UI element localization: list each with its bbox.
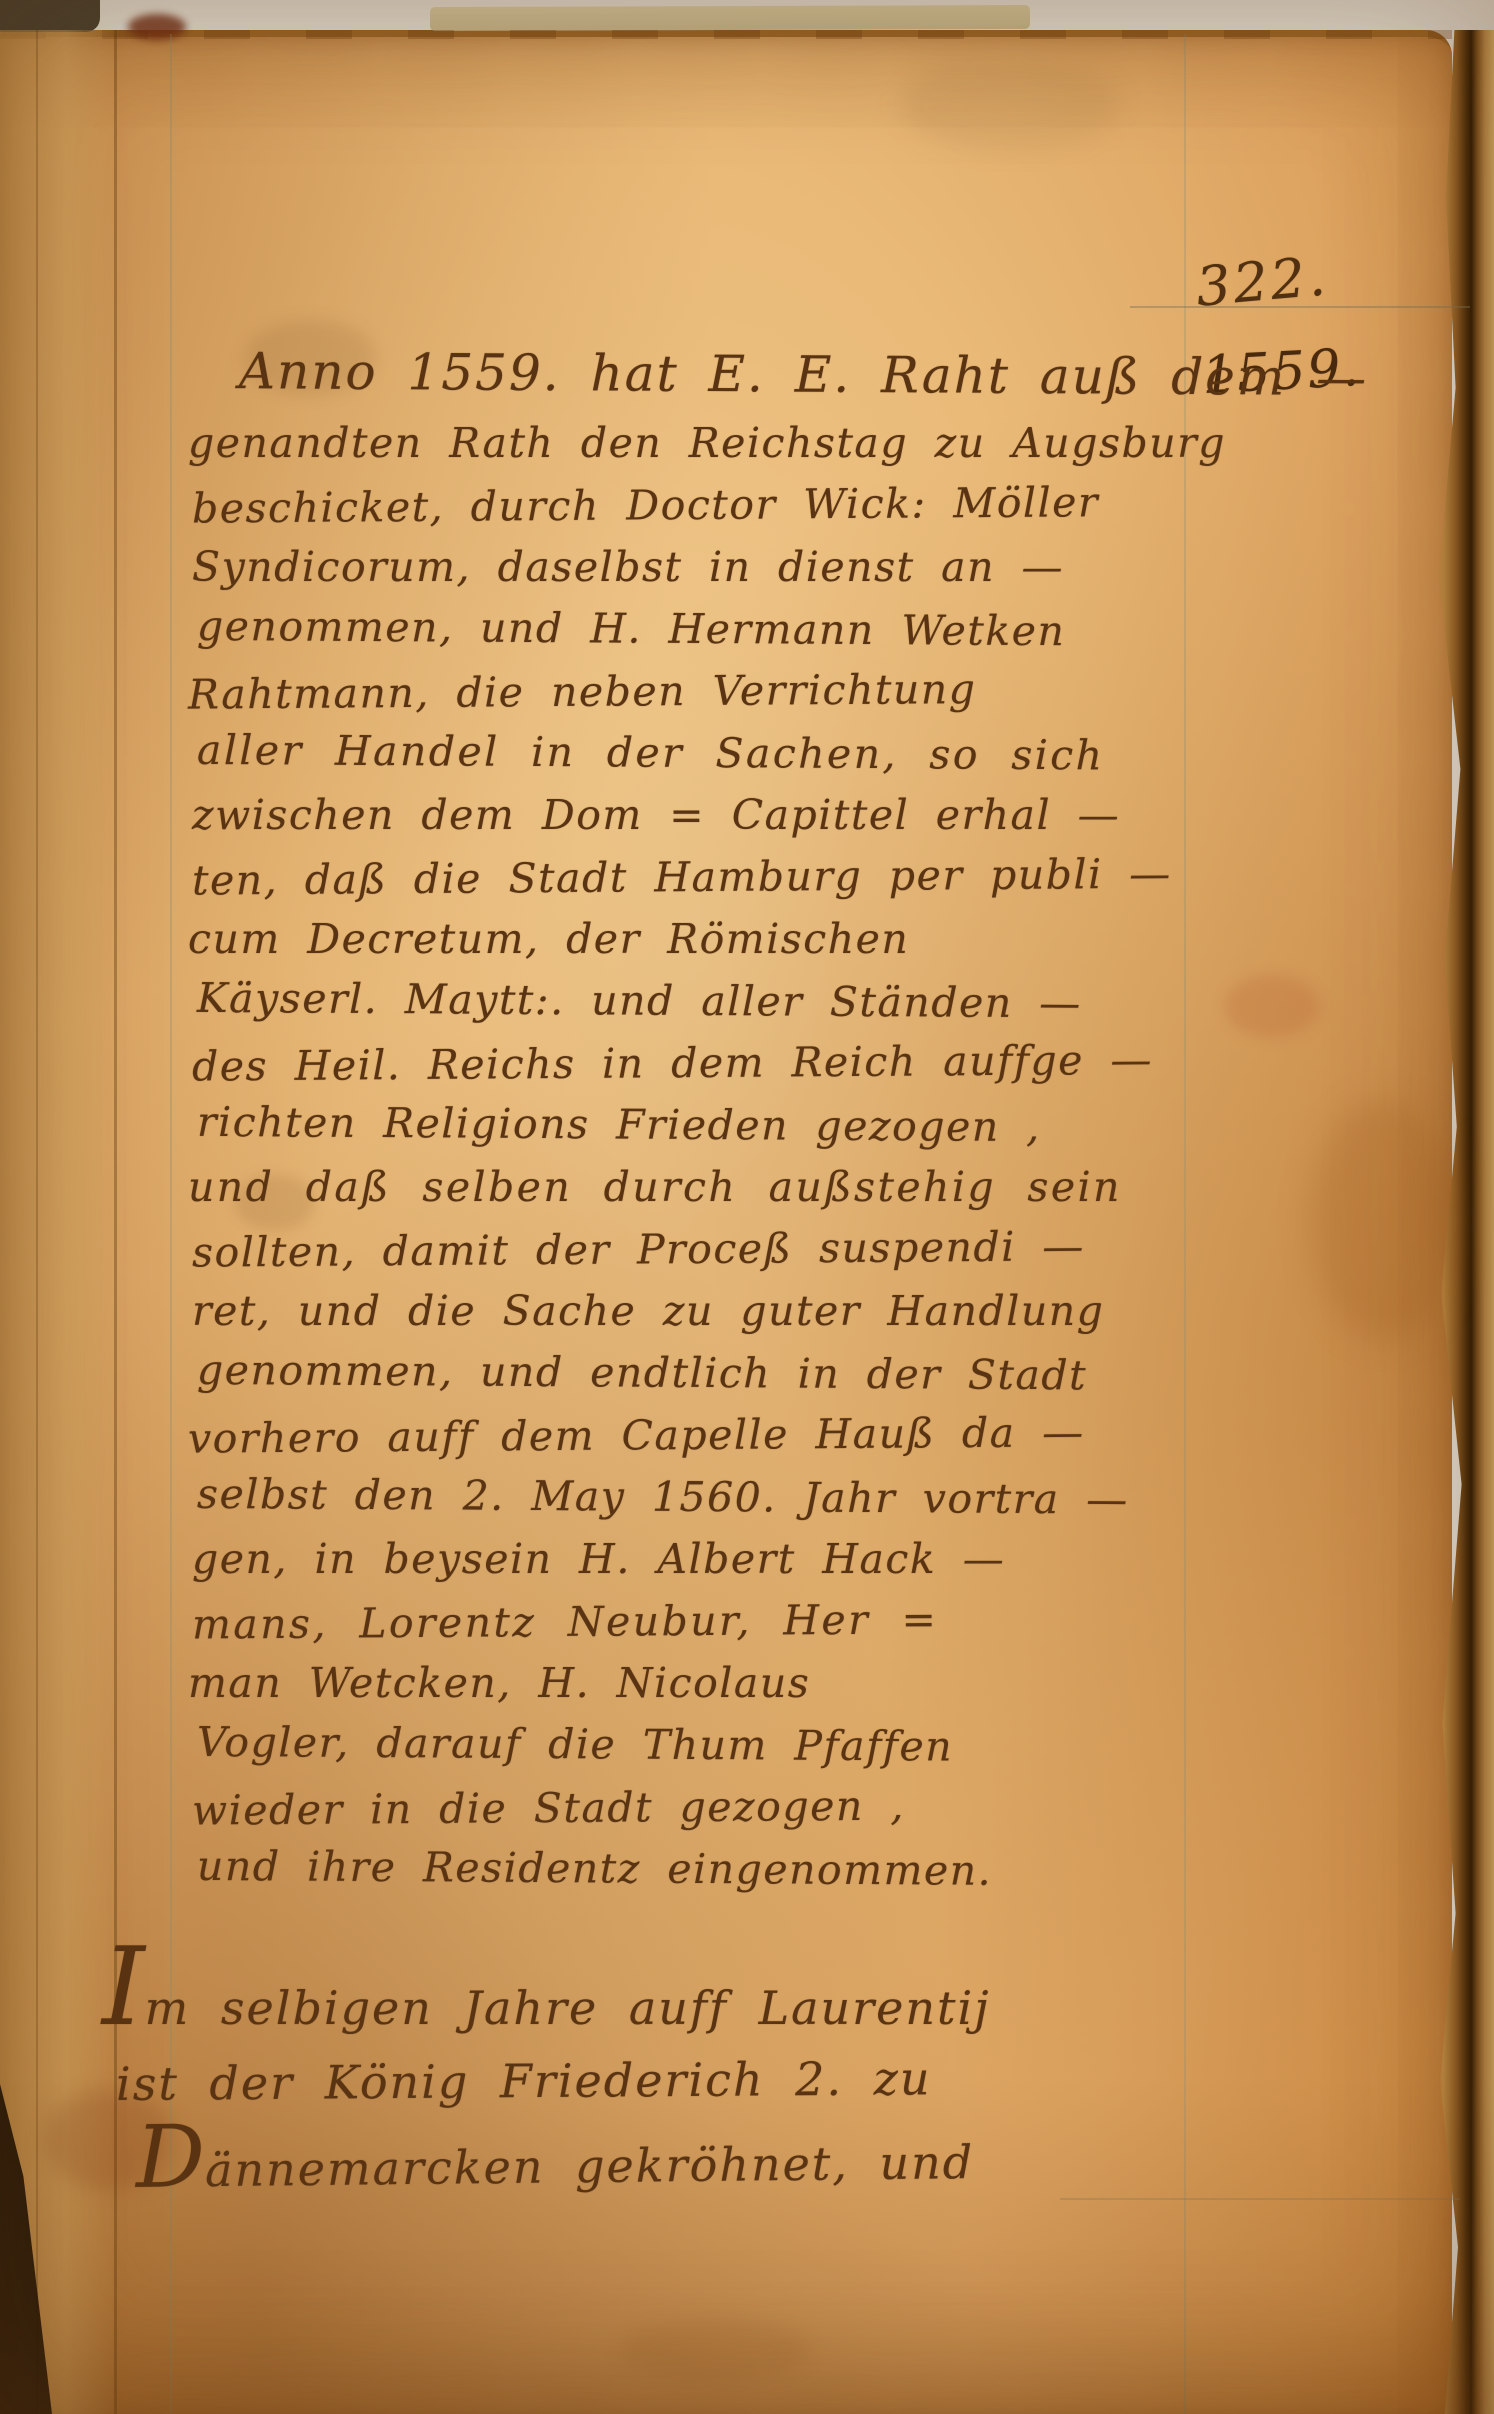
text-line: selbst den 2. May 1560. Jahr vortra —: [197, 1463, 1217, 1531]
text-line: und ihre Residentz eingenommen.: [197, 1835, 1217, 1903]
text-line: aller Handel in der Sachen, so sich: [197, 719, 1217, 787]
text-line: ten, daß die Stadt Hamburg per publi —: [192, 842, 1212, 911]
page-top-ragged-edge: [0, 30, 1452, 39]
text-line: genommen, und H. Hermann Wetken: [197, 595, 1217, 663]
text-line: Anno 1559. hat E. E. Raht auß dem —: [197, 333, 1217, 415]
text-line: mans, Lorentz Neubur, Her =: [192, 1586, 1212, 1655]
next-page-edge: [430, 5, 1030, 31]
text-line: Syndicorum, daselbst in dienst an —: [192, 536, 1212, 598]
text-line: cum Decretum, der Römischen: [188, 908, 1212, 970]
top-edge-stain: [128, 14, 186, 40]
text-line: Käyserl. Maytt:. und aller Ständen —: [197, 967, 1217, 1035]
manuscript-photo: { "colors": { "ink": "#5a3412", "paper":…: [0, 0, 1494, 2414]
text-line: Dännemarcken gekröhnet, und: [136, 2110, 1253, 2207]
text-line: wieder in die Stadt gezogen ,: [192, 1772, 1212, 1841]
text-line: richten Religions Frieden gezogen ,: [197, 1091, 1217, 1159]
text-line: zwischen dem Dom = Capittel erhal —: [192, 784, 1212, 846]
text-line: ist der König Friederich 2. zu: [116, 2040, 1252, 2120]
text-line: vorhero auff dem Capelle Hauß da —: [188, 1400, 1212, 1469]
text-line: des Heil. Reichs in dem Reich auffge —: [192, 1028, 1212, 1097]
text-line: und daß selben durch außstehig sein: [188, 1156, 1212, 1218]
page-number: 322.: [1194, 244, 1331, 318]
gutter-crease: [36, 30, 38, 2414]
text-line: Im selbigen Jahre auff Laurentij: [102, 1952, 1252, 2044]
text-line: sollten, damit der Proceß suspendi —: [192, 1214, 1212, 1283]
text-line: beschicket, durch Doctor Wick: Möller: [192, 470, 1212, 539]
text-line: Rahtmann, die neben Verrichtung: [188, 656, 1212, 725]
binding-shadow-top-left: [0, 0, 100, 32]
text-line: gen, in beysein H. Albert Hack —: [192, 1528, 1212, 1590]
text-line: genandten Rath den Reichstag zu Augsburg: [188, 412, 1212, 474]
text-line: genommen, und endtlich in der Stadt: [197, 1339, 1217, 1407]
text-line: Vogler, darauf die Thum Pfaffen: [197, 1711, 1217, 1779]
second-paragraph: Im selbigen Jahre auff Laurentijist der …: [102, 1952, 1252, 2201]
text-line: man Wetcken, H. Nicolaus: [188, 1652, 1212, 1714]
main-paragraph: Anno 1559. hat E. E. Raht auß dem —genan…: [192, 336, 1212, 1900]
text-line: ret, und die Sache zu guter Handlung: [192, 1280, 1212, 1342]
